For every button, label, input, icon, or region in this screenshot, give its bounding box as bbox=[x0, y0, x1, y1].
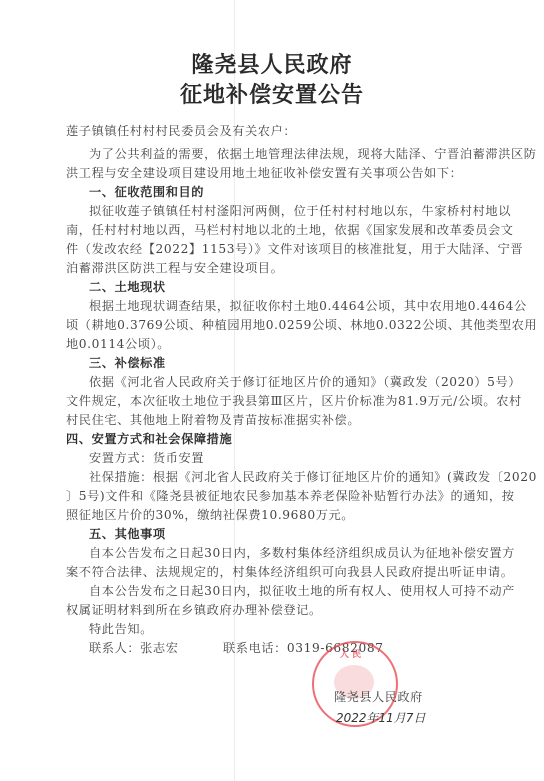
section-1-line: 拟征收莲子镇镇任村村滏阳河两侧，位于任村村村地以东，牛家桥村村地以 bbox=[89, 202, 511, 219]
section-2-line: 根据土地现状调查结果，拟征收你村土地0.4464公顷，其中农用地0.4464公 bbox=[89, 297, 527, 314]
section-2-line: 地0.0114公顷）。 bbox=[66, 335, 170, 352]
section-3-line: 依据《河北省人民政府关于修订征地区片价的通知》（冀政发（2020）5号） bbox=[89, 373, 521, 390]
document-title-line1: 隆尧县人民政府 bbox=[0, 48, 544, 79]
section-5-line: 权属证明材料到所在乡镇政府办理补偿登记。 bbox=[66, 601, 322, 618]
issue-date: 2022年11月7日 bbox=[336, 709, 425, 726]
closing-line: 特此告知。 bbox=[89, 620, 153, 637]
section-heading-3: 三、补偿标准 bbox=[89, 354, 166, 371]
section-5-line: 案不符合法律、法规规定的，村集体经济组织可向我县人民政府提出听证申请。 bbox=[66, 563, 514, 580]
section-4-line: 安置方式：货币安置 bbox=[89, 449, 204, 466]
salutation: 莲子镇镇任村村村民委员会及有关农户： bbox=[66, 122, 296, 139]
section-5-line: 自本公告发布之日起30日内，拟征收土地的所有权人、使用权人可持不动产 bbox=[89, 582, 515, 599]
section-heading-4: 四、安置方式和社会保障措施 bbox=[66, 430, 232, 447]
section-3-line: 文件规定，本次征收土地位于我县第Ⅲ区片，区片价标准为81.9万元/公顷。农村 bbox=[66, 392, 522, 409]
intro-line: 为了公共利益的需要，依据土地管理法律法规，现将大陆泽、宁晋泊蓄滞洪区防 bbox=[89, 145, 537, 162]
stamp-text: 人 民 bbox=[340, 647, 361, 660]
section-1-line: 件（发改农经【2022】1153号）》文件对该项目的核准批复，用于大陆泽、宁晋 bbox=[66, 240, 523, 257]
section-5-line: 自本公告发布之日起30日内，多数村集体经济组织成员认为征地补偿安置方 bbox=[89, 544, 515, 561]
section-3-line: 村民住宅、其他地上附着物及青苗按标准据实补偿。 bbox=[66, 411, 360, 428]
section-heading-5: 五、其他事项 bbox=[89, 525, 166, 542]
section-1-line: 南，任村村村地以西，马栏村村地以北的土地，依据《国家发展和改革委员会文 bbox=[66, 221, 514, 238]
section-2-line: 顷（耕地0.3769公顷、种植园用地0.0259公顷、林地0.0322公顷、其他… bbox=[66, 316, 537, 333]
section-heading-2: 二、土地现状 bbox=[89, 278, 166, 295]
section-4-line: 照征地区片价的30%，缴纳社保费10.9680万元。 bbox=[66, 506, 354, 523]
contact-person: 联系人：张志宏 bbox=[89, 639, 179, 656]
section-1-line: 泊蓄滞洪区防洪工程与安全建设项目。 bbox=[66, 259, 283, 276]
section-4-line: 〕5号)文件和《隆尧县被征地农民参加基本养老保险补贴暂行办法》的通知，按 bbox=[66, 487, 514, 504]
section-heading-1: 一、征收范围和目的 bbox=[89, 183, 204, 200]
page-fold-line bbox=[234, 0, 235, 781]
section-4-line: 社保措施：根据《河北省人民政府关于修订征地区片价的通知》(冀政发〔2020 bbox=[89, 468, 537, 485]
document-title-line2: 征地补偿安置公告 bbox=[0, 78, 544, 109]
intro-line: 洪工程与安全建设项目建设用地土地征收补偿安置有关事项公告如下： bbox=[66, 164, 462, 181]
issuer-signature: 隆尧县人民政府 bbox=[334, 688, 423, 705]
